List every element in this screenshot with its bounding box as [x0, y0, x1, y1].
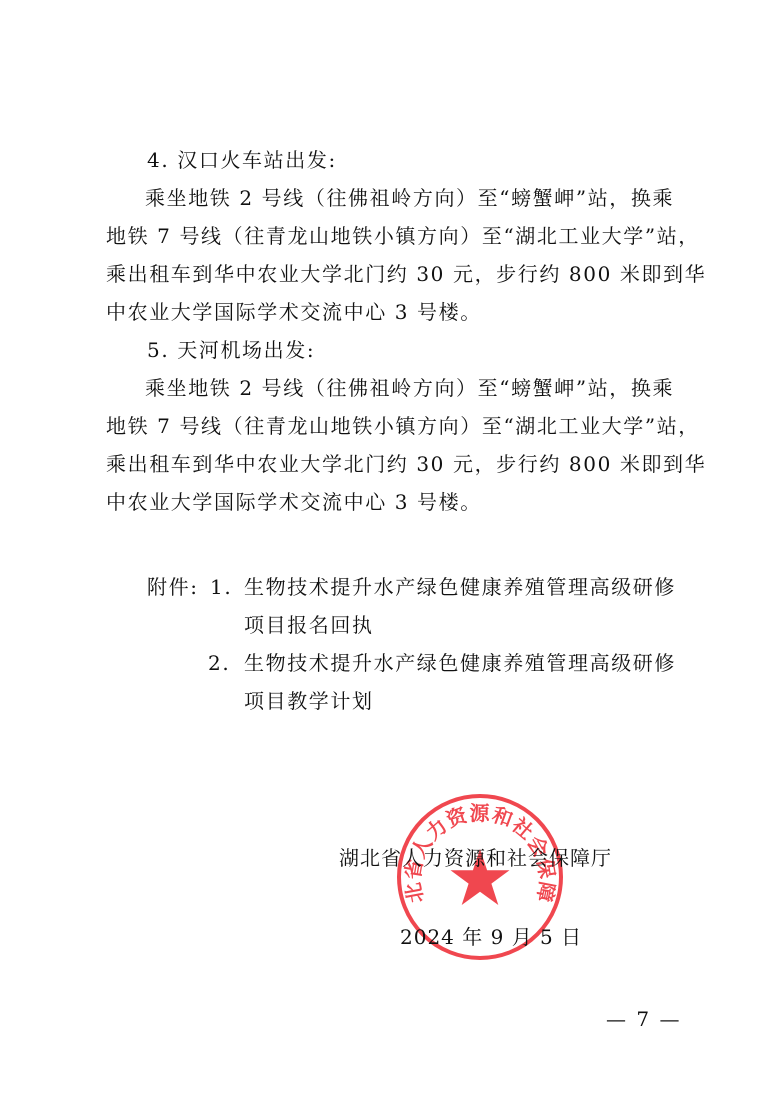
section-4-line-1: 乘坐地铁 2 号线（往佛祖岭方向）至“螃蟹岬”站，换乘 — [145, 186, 674, 210]
section-5-line-1: 乘坐地铁 2 号线（往佛祖岭方向）至“螃蟹岬”站，换乘 — [145, 376, 674, 400]
section-5-line-3: 乘出租车到华中农业大学北门约 30 元，步行约 800 米即到华 — [106, 452, 706, 476]
attachment-1-title-cont: 项目报名回执 — [244, 613, 374, 637]
section-4-line-2: 地铁 7 号线（往青龙山地铁小镇方向）至“湖北工业大学”站， — [106, 224, 700, 248]
attachment-2-title-cont: 项目教学计划 — [244, 689, 374, 713]
section-4-line-4: 中农业大学国际学术交流中心 3 号楼。 — [106, 300, 482, 324]
attachment-1-title: 生物技术提升水产绿色健康养殖管理高级研修 — [244, 575, 676, 599]
issue-date: 2024 年 9 月 5 日 — [400, 925, 582, 949]
section-5-line-4: 中农业大学国际学术交流中心 3 号楼。 — [106, 490, 482, 514]
section-4-heading: 4. 汉口火车站出发: — [147, 148, 337, 172]
attachment-2-number: 2. — [208, 651, 230, 675]
section-4-line-3: 乘出租车到华中农业大学北门约 30 元，步行约 800 米即到华 — [106, 262, 706, 286]
attachments-label: 附件: — [147, 575, 199, 599]
attachment-2-title: 生物技术提升水产绿色健康养殖管理高级研修 — [244, 651, 676, 675]
page-number: — 7 — — [606, 1007, 681, 1031]
section-5-heading: 5. 天河机场出发: — [147, 338, 315, 362]
attachment-1-number: 1. — [210, 575, 232, 599]
issuing-organization: 湖北省人力资源和社会保障厅 — [339, 846, 612, 870]
document-page: 4. 汉口火车站出发: 乘坐地铁 2 号线（往佛祖岭方向）至“螃蟹岬”站，换乘 … — [0, 0, 777, 1104]
section-5-line-2: 地铁 7 号线（往青龙山地铁小镇方向）至“湖北工业大学”站， — [106, 414, 700, 438]
